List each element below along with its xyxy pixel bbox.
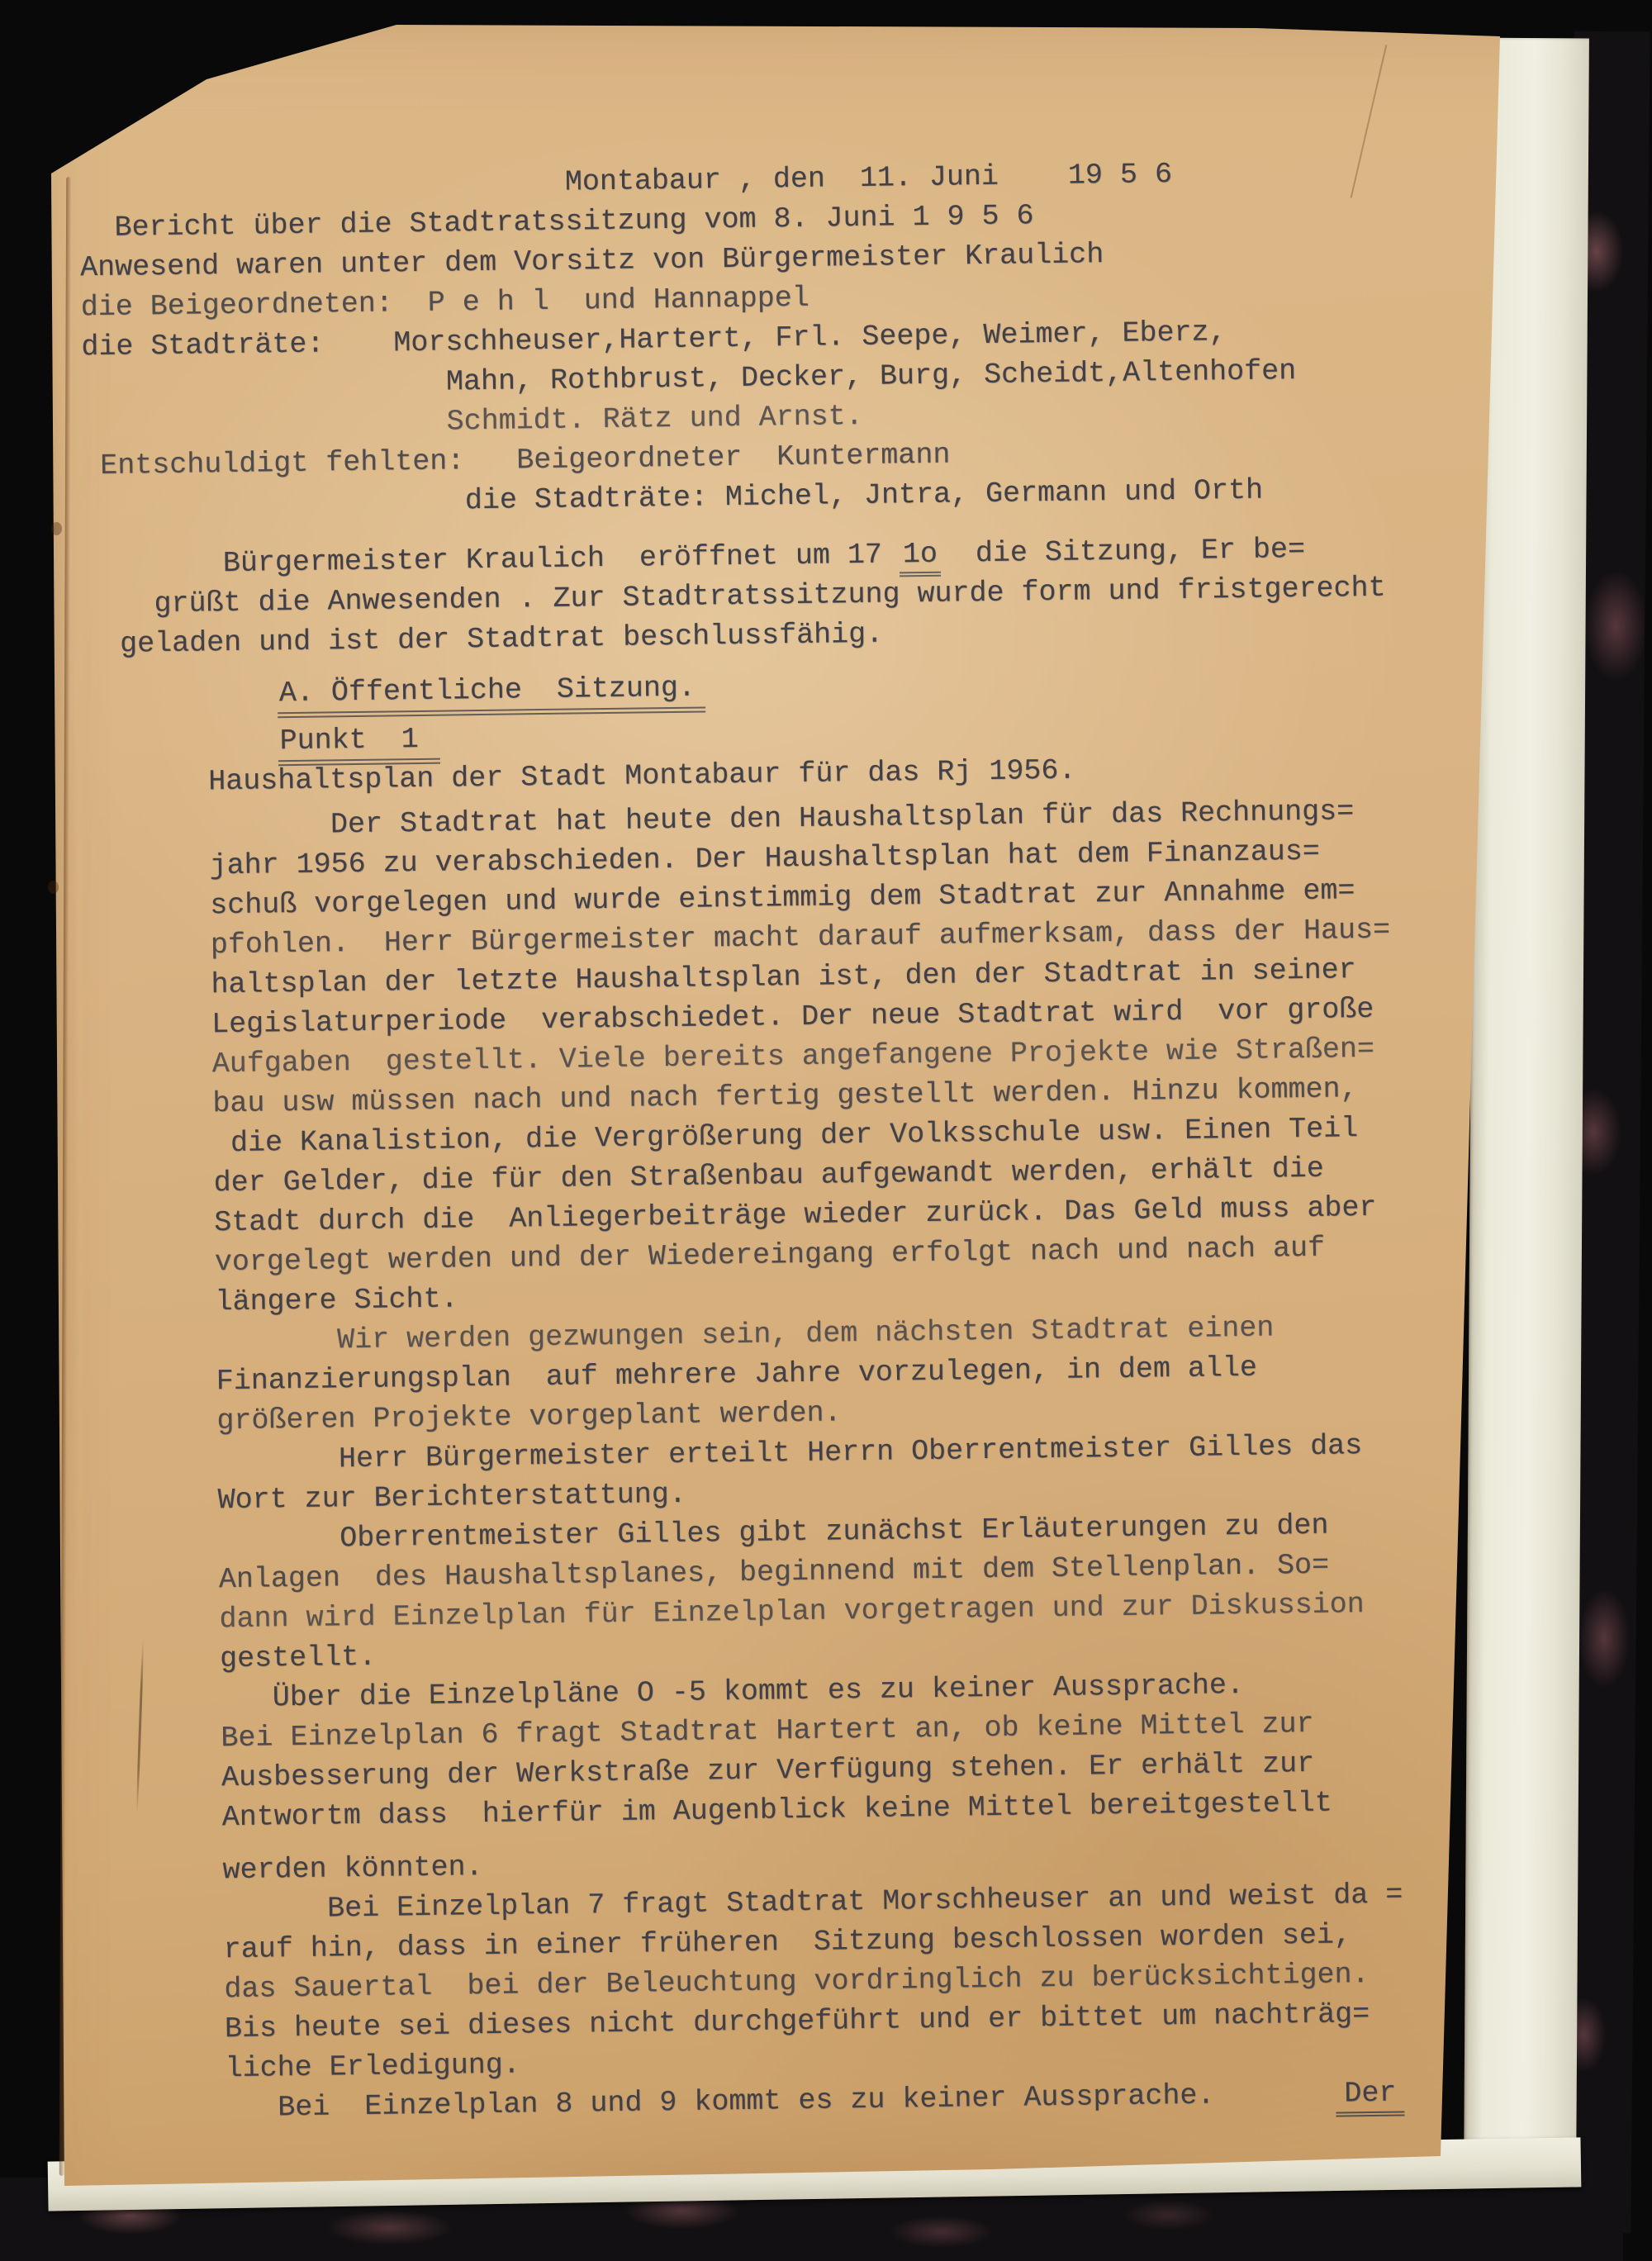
scanned-document-photo: Montabaur , den 11. Juni 19 5 6 Bericht … xyxy=(0,0,1652,2261)
opening-paragraph: Bürgermeister Kraulich eröffnet um 17 1o… xyxy=(83,526,1575,665)
body-paragraphs: Der Stadtrat hat heute den Haushaltsplan… xyxy=(88,789,1591,1840)
typewritten-text: Montabaur , den 11. Juni 19 5 6 Bericht … xyxy=(0,0,1594,2130)
meeting-time-underlined: 1o xyxy=(900,538,942,577)
agenda-item-1: Punkt 1 Haushaltsplan der Stadt Montabau… xyxy=(86,705,1577,804)
opening-post: die Sitzung, Er be= xyxy=(941,533,1306,571)
report-header: Montabaur , den 11. Juni 19 5 6 Bericht … xyxy=(79,150,1574,526)
body-paragraphs-continued: werden könnten. Bei Einzelplan 7 fragt S… xyxy=(101,1833,1594,2091)
section-heading: A. Öffentliche Sitzung. xyxy=(278,657,1576,714)
catchword-der: Der xyxy=(1336,2077,1405,2117)
section-heading-text: A. Öffentliche Sitzung. xyxy=(278,671,706,718)
